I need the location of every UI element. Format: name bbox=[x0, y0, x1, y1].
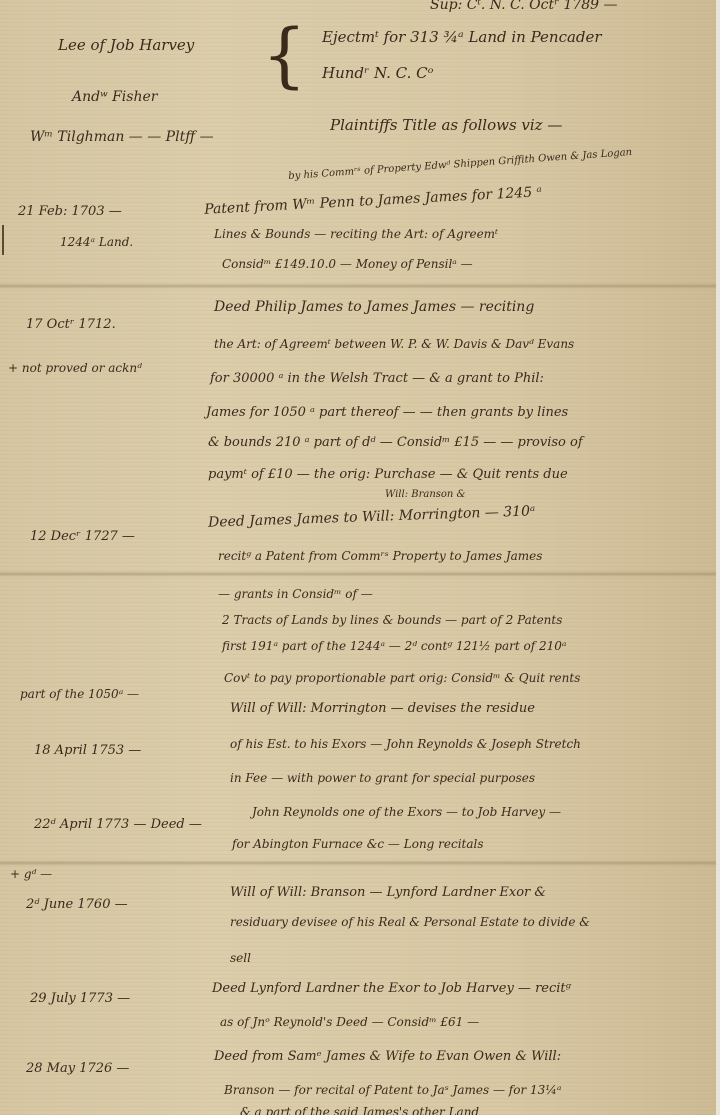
entry-4-line-2: of his Est. to his Exors — John Reynolds… bbox=[230, 738, 581, 750]
entry-2-line-3: for 30000 ᵃ in the Welsh Tract — & a gra… bbox=[210, 372, 544, 385]
court-term-line: Sup: Cᵗ. N. C. Octʳ 1789 — bbox=[430, 0, 618, 12]
entry-6-line-2: residuary devisee of his Real & Personal… bbox=[230, 916, 590, 928]
entry-2-margin-note: + not proved or acknᵈ bbox=[8, 362, 142, 374]
fold-line bbox=[0, 571, 716, 577]
entry-8-line-1: Deed from Samᵉ James & Wife to Evan Owen… bbox=[214, 1050, 561, 1063]
entry-1-line-1: Patent from Wᵐ Penn to James James for 1… bbox=[204, 185, 542, 217]
entry-5-line-2: for Abington Furnace &c — Long recitals bbox=[232, 838, 484, 850]
entry-2-date: 17 Octʳ 1712. bbox=[26, 318, 116, 331]
entry-3-date: 12 Decʳ 1727 — bbox=[30, 530, 135, 543]
margin-mark bbox=[2, 225, 4, 255]
entry-2-line-1: Deed Philip James to James James — recit… bbox=[214, 300, 534, 314]
entry-2-line-2: the Art: of Agreemᵗ between W. P. & W. D… bbox=[214, 338, 574, 350]
entry-2-line-6: paymᵗ of £10 — the orig: Purchase — & Qu… bbox=[208, 468, 568, 481]
entry-3-line-5: first 191ᵃ part of the 1244ᵃ — 2ᵈ contᵍ … bbox=[222, 640, 566, 652]
case-caption-line-1: Lee of Job Harvey bbox=[58, 38, 194, 53]
entry-4-line-1: Will of Will: Morrington — devises the r… bbox=[230, 702, 535, 715]
entry-5-margin-note: + gᵈ — bbox=[10, 868, 52, 880]
entry-4-date: 18 April 1753 — bbox=[34, 744, 141, 757]
brace-mark: { bbox=[262, 20, 307, 90]
entry-3-line-3: — grants in Considᵐ of — bbox=[218, 588, 373, 600]
entry-3-line-1: Deed James James to Will: Morrington — 3… bbox=[208, 504, 536, 529]
case-caption-line-3: Wᵐ Tilghman — — Pltff — bbox=[30, 130, 214, 144]
entry-1-interlineation: by his Commʳˢ of Property Edwᵈ Shippen G… bbox=[288, 148, 632, 182]
entry-7-line-2: as of Jnᵒ Reynold's Deed — Considᵐ £61 — bbox=[220, 1016, 479, 1028]
fold-line bbox=[0, 283, 716, 289]
entry-5-date: 22ᵈ April 1773 — Deed — bbox=[34, 818, 202, 831]
entry-5-line-1: John Reynolds one of the Exors — to Job … bbox=[252, 806, 561, 818]
entry-6-line-3: sell bbox=[230, 952, 251, 964]
entry-3-interlineation: Will: Branson & bbox=[385, 490, 465, 500]
entry-7-line-1: Deed Lynford Lardner the Exor to Job Har… bbox=[212, 982, 571, 995]
ejectment-line-1: Ejectmᵗ for 313 ¾ᵃ Land in Pencader bbox=[322, 30, 602, 45]
entry-2-line-5: & bounds 210 ᵃ part of dᵈ — Considᵐ £15 … bbox=[208, 436, 583, 449]
entry-7-date: 29 July 1773 — bbox=[30, 992, 130, 1005]
entry-3-line-6: Covᵗ to pay proportionable part orig: Co… bbox=[224, 672, 580, 684]
document-page: Sup: Cᵗ. N. C. Octʳ 1789 — Lee of Job Ha… bbox=[0, 0, 720, 1115]
entry-4-line-3: in Fee — with power to grant for special… bbox=[230, 772, 535, 784]
entry-8-line-2: Branson — for recital of Patent to Jaˢ J… bbox=[224, 1084, 561, 1096]
entry-1-date: 21 Feb: 1703 — bbox=[18, 205, 122, 218]
entry-8-date: 28 May 1726 — bbox=[26, 1062, 129, 1075]
entry-6-line-1: Will of Will: Branson — Lynford Lardner … bbox=[230, 886, 546, 899]
entry-3-line-4: 2 Tracts of Lands by lines & bounds — pa… bbox=[222, 614, 562, 626]
ejectment-line-2: Hundʳ N. C. Cᵒ bbox=[322, 66, 433, 81]
entry-1-line-3: Considᵐ £149.10.0 — Money of Pensilᵃ — bbox=[222, 258, 473, 270]
case-caption-line-2: Andʷ Fisher bbox=[72, 90, 157, 104]
fold-line bbox=[0, 860, 716, 866]
entry-1-line-2: Lines & Bounds — reciting the Art: of Ag… bbox=[214, 228, 498, 240]
entry-6-date: 2ᵈ June 1760 — bbox=[26, 898, 128, 911]
entry-1-margin-note: 1244ᵃ Land. bbox=[60, 236, 133, 248]
entry-3-line-2: recitᵍ a Patent from Commʳˢ Property to … bbox=[218, 550, 542, 562]
entry-8-line-3: & a part of the said James's other Land bbox=[240, 1106, 479, 1115]
margin-note-part-of-1050: part of the 1050ᵃ — bbox=[20, 688, 139, 700]
title-heading: Plaintiffs Title as follows viz — bbox=[330, 118, 562, 133]
entry-2-line-4: James for 1050 ᵃ part thereof — — then g… bbox=[206, 406, 568, 419]
